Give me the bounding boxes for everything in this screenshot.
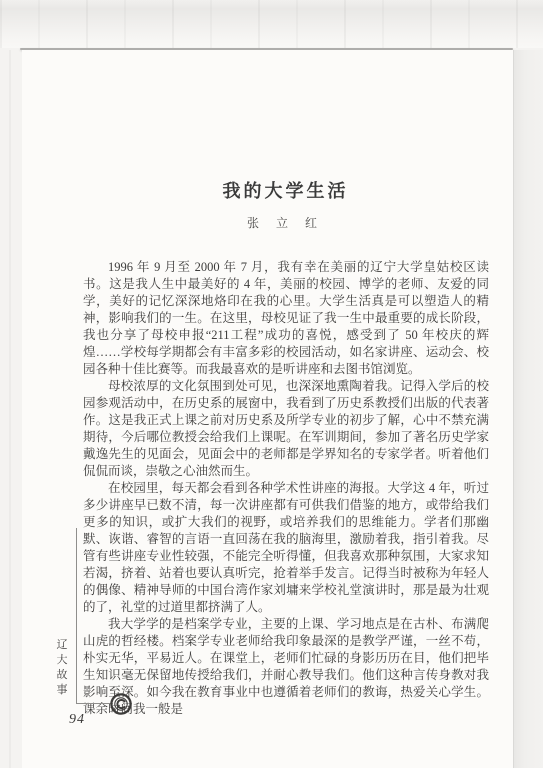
scanned-book-page: 我的大学生活 张 立 红 1996 年 9 月至 2000 年 7 月，我有幸在… (0, 0, 543, 768)
sidebar-series-char: 事 (57, 683, 68, 698)
article-body: 1996 年 9 月至 2000 年 7 月，我有幸在美丽的辽宁大学皇姑校区读书… (83, 259, 489, 718)
article-paragraph: 我大学学的是档案学专业，主要的上课、学习地点是在古朴、布满爬山虎的哲经楼。档案学… (83, 616, 489, 718)
article-author: 张 立 红 (82, 216, 489, 230)
article-paragraph: 1996 年 9 月至 2000 年 7 月，我有幸在美丽的辽宁大学皇姑校区读书… (83, 259, 489, 378)
article-paragraph: 在校园里，每天都会看到各种学术性讲座的海报。大学这 4 年，听过多少讲座早已数不… (83, 480, 489, 616)
sidebar-series-char: 故 (57, 668, 68, 683)
article-title: 我的大学生活 (82, 181, 489, 202)
sidebar-series-label: 辽 大 故 事 (54, 638, 70, 698)
sidebar-series-char: 辽 (57, 638, 68, 653)
scan-right-margin (513, 50, 543, 768)
article-paragraph: 母校浓厚的文化氛围到处可见，也深深地熏陶着我。记得入学后的校园参观活动中，在历史… (83, 378, 489, 480)
page-body: 我的大学生活 张 立 红 1996 年 9 月至 2000 年 7 月，我有幸在… (22, 50, 513, 768)
page-number: 94 (69, 712, 85, 728)
scan-page-edges-texture (0, 0, 543, 48)
sidebar-horizontal-rule (76, 703, 111, 704)
university-emblem-icon (108, 691, 134, 717)
scan-left-edge-shadow (9, 50, 11, 768)
sidebar-series-char: 大 (57, 653, 68, 668)
sidebar-vertical-rule (76, 528, 77, 704)
